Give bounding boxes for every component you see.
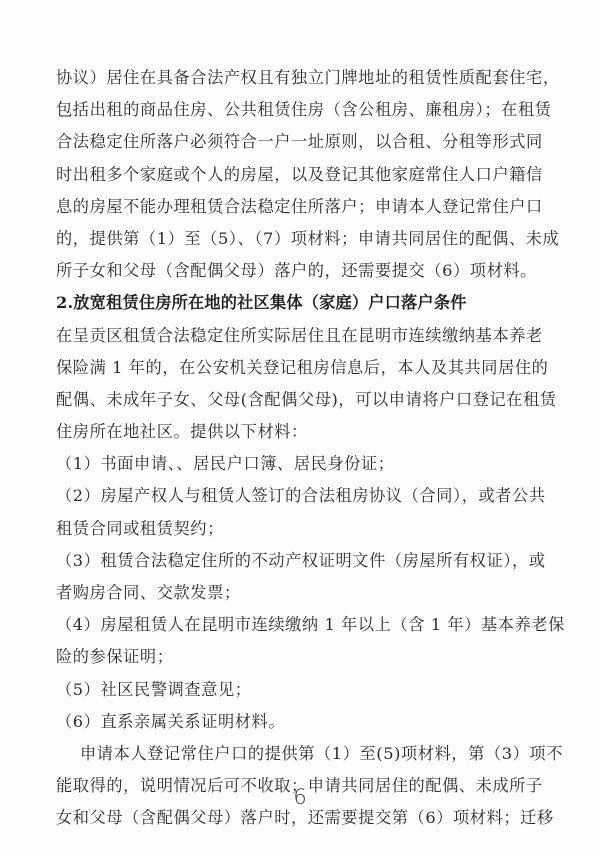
list-item: （4）房屋租赁人在昆明市连续缴纳 1 年以上（含 1 年）基本养老保 <box>56 609 552 641</box>
text-line: 保险满 1 年的，在公安机关登记租房信息后，本人及其共同居住的 <box>56 352 552 384</box>
text-line: 协议）居住在具备合法产权且有独立门牌地址的租赁性质配套住宅， <box>56 62 552 94</box>
text-line: 所子女和父母（含配偶父母）落户的，还需要提交（6）项材料。 <box>56 255 552 287</box>
list-item: （2）房屋产权人与租赁人签订的合法租房协议（合同），或者公共 <box>56 480 552 512</box>
text-line: 合法稳定住所落户必须符合一户一址原则，以合租、分租等形式同 <box>56 126 552 158</box>
section-heading: 2.放宽租赁住房所在地的社区集体（家庭）户口落户条件 <box>56 287 552 319</box>
text-line: 在呈贡区租赁合法稳定住所实际居住且在昆明市连续缴纳基本养老 <box>56 320 552 352</box>
list-item: （5）社区民警调查意见； <box>56 674 552 706</box>
text-line: 包括出租的商品住房、公共租赁住房（含公租房、廉租房）；在租赁 <box>56 94 552 126</box>
document-page: 协议）居住在具备合法产权且有独立门牌地址的租赁性质配套住宅， 包括出租的商品住房… <box>0 0 600 855</box>
list-item: （1）书面申请、、居民户口簿、居民身份证； <box>56 448 552 480</box>
paragraph-start: 申请本人登记常住户口的提供第（1）至(5)项材料，第（3）项不 <box>56 738 552 770</box>
page-number: 6 <box>0 785 600 809</box>
text-line: 息的房屋不能办理租赁合法稳定住所落户；申请本人登记常住户口 <box>56 191 552 223</box>
text-line: 住房所在地社区。提供以下材料： <box>56 416 552 448</box>
list-item: （6）直系亲属关系证明材料。 <box>56 706 552 738</box>
text-line: 的，提供第（1）至（5）、（7）项材料；申请共同居住的配偶、未成 <box>56 223 552 255</box>
document-body: 协议）居住在具备合法产权且有独立门牌地址的租赁性质配套住宅， 包括出租的商品住房… <box>56 62 552 835</box>
text-line: 配偶、未成年子女、父母(含配偶父母)，可以申请将户口登记在租赁 <box>56 384 552 416</box>
list-item-continuation: 租赁合同或租赁契约； <box>56 513 552 545</box>
list-item-continuation: 险的参保证明； <box>56 641 552 673</box>
text-line: 时出租多个家庭或个人的房屋，以及登记其他家庭常住人口户籍信 <box>56 159 552 191</box>
list-item-continuation: 者购房合同、交款发票； <box>56 577 552 609</box>
list-item: （3）租赁合法稳定住所的不动产权证明文件（房屋所有权证），或 <box>56 545 552 577</box>
